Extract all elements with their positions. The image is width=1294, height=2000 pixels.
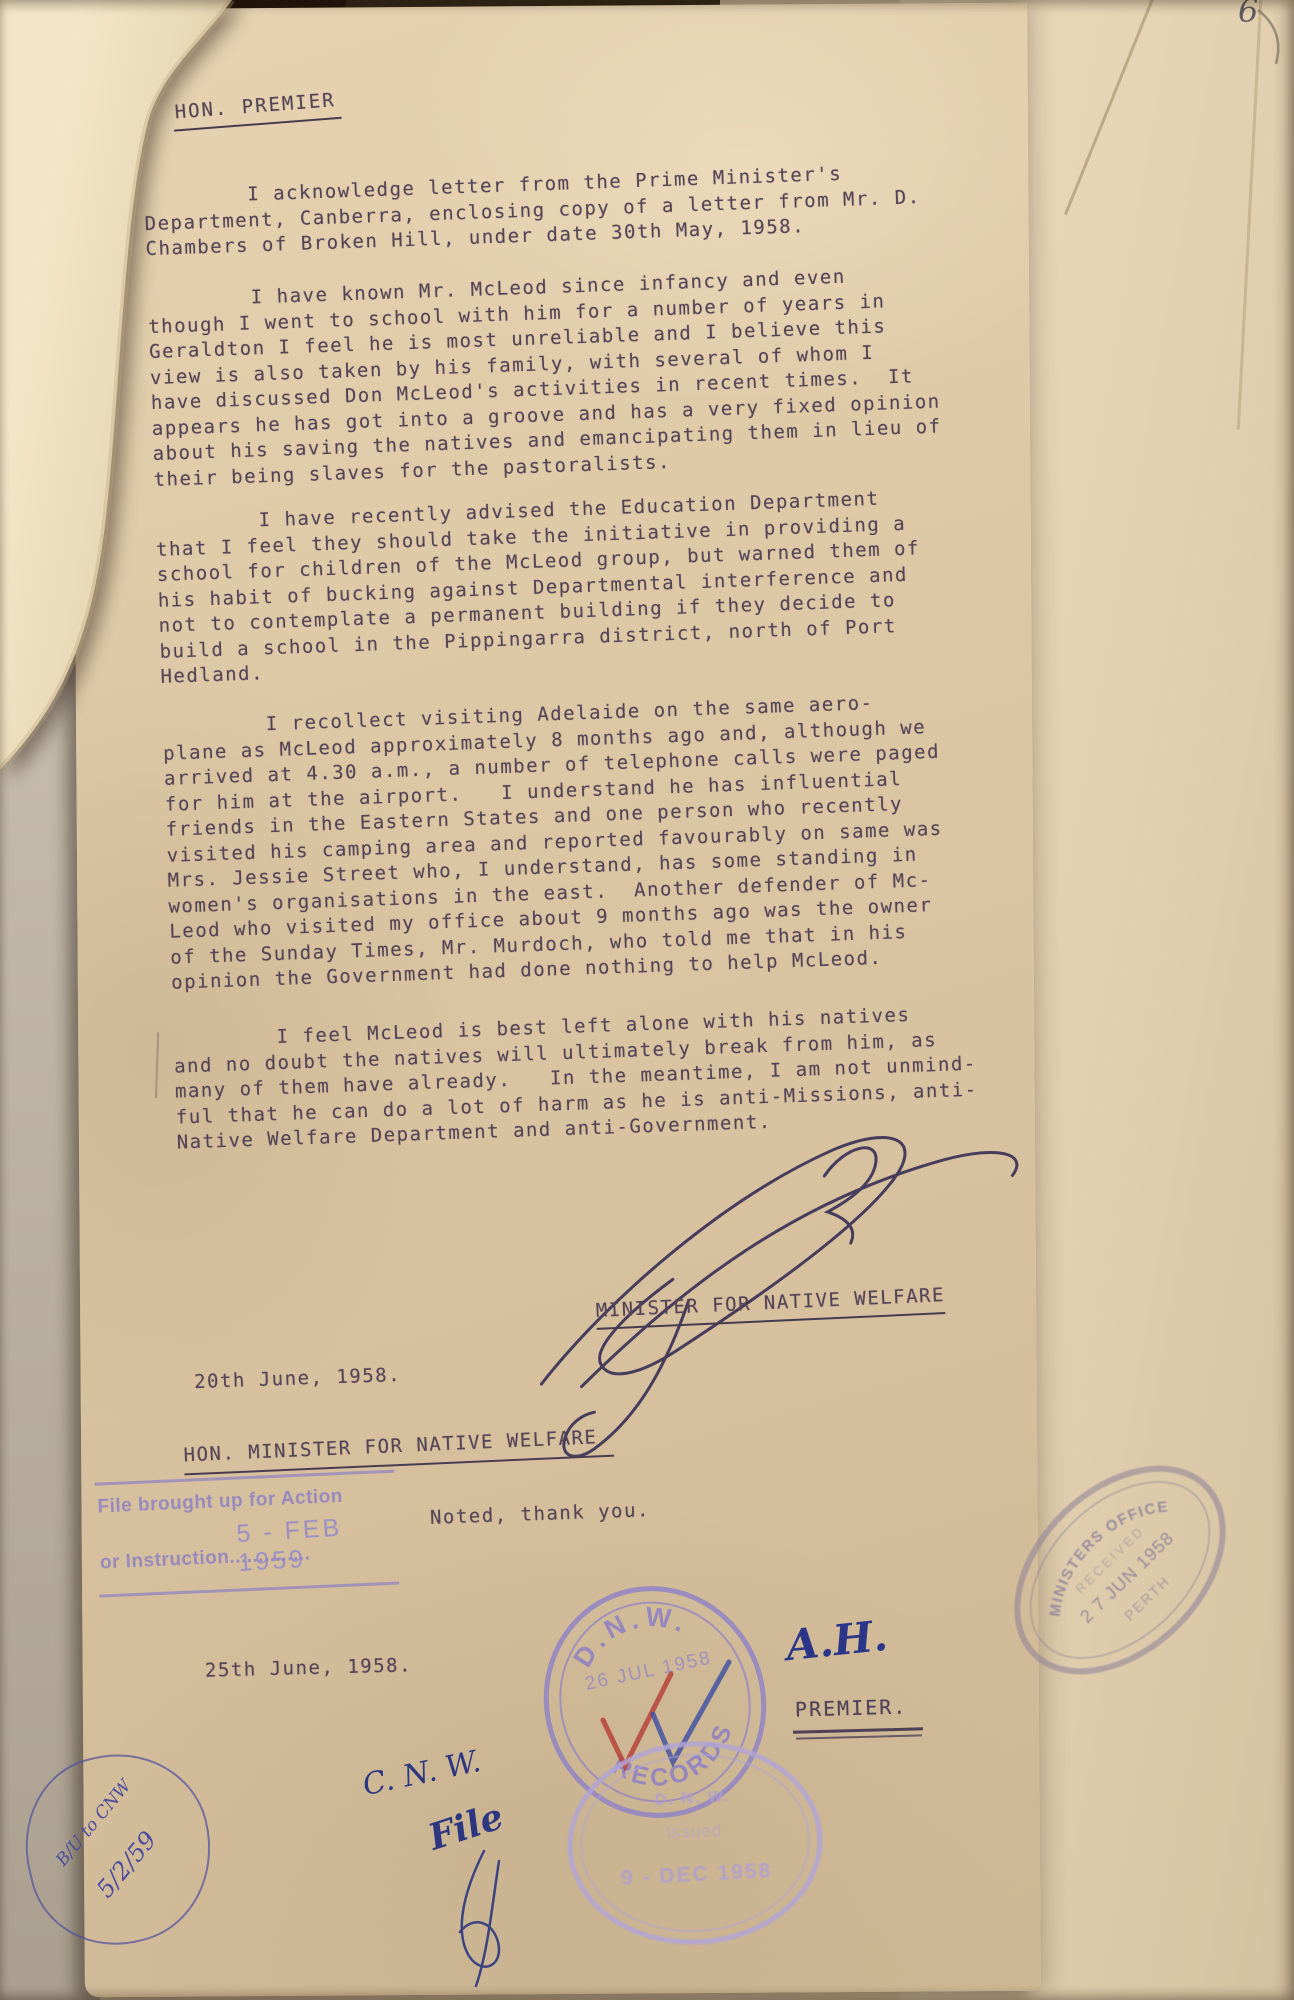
letter-heading: HON. PREMIER [172, 88, 342, 131]
pen-flourish-icon [424, 1846, 554, 1996]
dec-stamp-date: 9 - DEC 1958 [621, 1859, 773, 1890]
margin-pen-mark [155, 1032, 159, 1098]
typed-letter: HON. PREMIER I acknowledge letter from t… [116, 56, 1007, 1554]
paragraph-4: I recollect visiting Adelaide on the sam… [162, 688, 983, 997]
action-stamp-line1: File brought up for Action [97, 1486, 343, 1519]
pen-mark-icon [1252, 8, 1288, 68]
document-photo: 6 HON. PREMIER I acknowledge letter from… [0, 0, 1294, 2000]
dec-stamp-line2: Issued [666, 1821, 723, 1843]
premier-title: PREMIER. [795, 1695, 908, 1723]
action-stamp-date: 5 - FEB 1959 [236, 1510, 407, 1578]
second-date: 25th June, 1958. [205, 1653, 413, 1684]
paragraph-1: I acknowledge letter from the Prime Mini… [143, 158, 957, 263]
ministers-office-stamp: MINISTERS OFFICE RECEIVED 2 7 JUN 1958 P… [985, 1440, 1255, 1700]
paragraph-2: I have known Mr. McLeod since infancy an… [147, 261, 966, 493]
dnw-dec-stamp: D. N. W. Issued 9 - DEC 1958 [560, 1738, 830, 1948]
action-stamp: File brought up for Action 5 - FEB 1959 … [92, 1469, 407, 1604]
circled-note-line2: 5/2/59 [91, 1826, 162, 1903]
letter-date: 20th June, 1958. [194, 1363, 402, 1396]
paragraph-3: I have recently advised the Education De… [155, 484, 973, 691]
dec-stamp-line1: D. N. W. [654, 1788, 730, 1809]
